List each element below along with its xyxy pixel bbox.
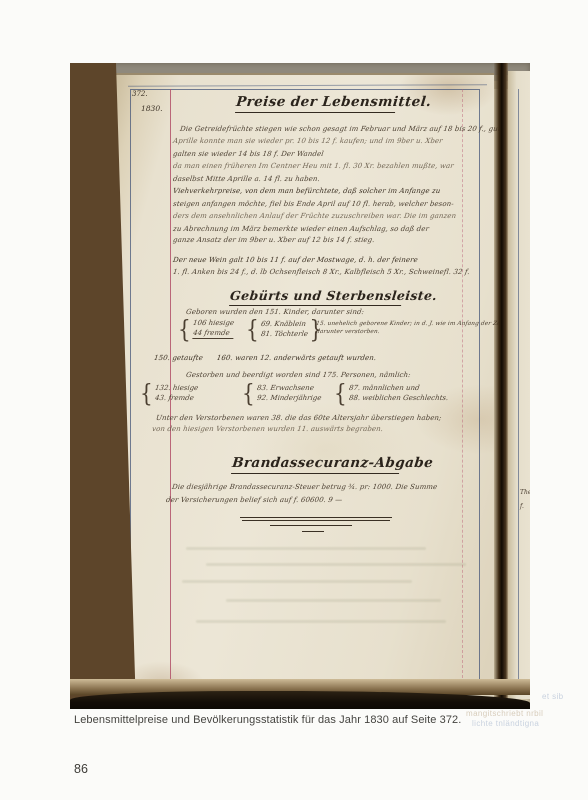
section-heading-vitals: Gebürts und Sterbensleiste. [229,288,403,306]
show-through-text: mangitschriebt nrbil [466,709,543,718]
handwriting-line: daselbst Mitte Aprille a. 14 fl. zu habe… [172,175,320,184]
red-margin-line-right [462,89,463,683]
margin-year: 1830. [141,104,162,113]
page-number: 86 [74,762,88,776]
births-intro-line: Geboren wurden den 151. Kinder, darunter… [185,308,364,317]
deaths-sex-group: { 87. männlichen und 88. weiblichen Gesc… [334,383,448,403]
figure-caption: Lebensmittelpreise und Bevölkerungsstati… [74,714,494,726]
births-note-line: darunter verstorben. [316,329,381,336]
births-residence-group: { 106 hiesige 44 fremde [178,319,234,339]
deaths-residence-group: { 132. hiesige 43. fremde [140,383,198,403]
handwriting-line: Viehverkehrpreise, von dem man befürchte… [172,187,441,196]
deaths-intro-line: Gestorben und beerdigt worden sind 175. … [185,371,411,380]
births-residence-foreign: 44 fremde [192,329,234,339]
deaths-sex-male: 87. männlichen und [348,384,448,393]
deaths-residence-local: 132. hiesige [154,384,198,393]
margin-page-ref: 372. [132,90,148,98]
births-sex-female: 81. Töchterle [260,330,308,339]
handwriting-line: ders dem ansehnlichen Anlauf der Früchte… [172,212,456,221]
facing-page-rule [518,89,519,679]
show-through-text: lichte tnländtigna [472,719,539,728]
births-note-line: 15. unehelich geborene Kinder; in d. J. … [316,321,506,328]
deaths-note-line: Unter den Verstorbenen waren 38. die das… [155,414,442,423]
show-through-text: et sib [542,692,564,701]
handwriting-line: Aprille konnte man sie wieder pr. 10 bis… [172,137,443,146]
brace-glyph: { [140,381,153,405]
section-heading-prices: Preise der Lebensmittel. [235,94,397,113]
deaths-sex-female: 88. weiblichen Geschlechts. [348,394,448,403]
book-gutter-shadow [494,63,508,709]
handwriting-line: da man einen früheren Im Centner Heu mit… [172,162,454,171]
deaths-age-group: { 83. Erwachsene 92. Minderjährige [242,383,321,403]
section-heading-fire-tax: Brandassecuranz-Abgabe [231,455,401,474]
handwriting-line: Der neue Wein galt 10 bis 11 f. auf der … [172,256,418,265]
deaths-age-minors: 92. Minderjährige [256,394,322,403]
ink-show-through [226,599,441,602]
handwriting-line: steigen anfangen möchte, fiel bis Ende A… [172,200,454,209]
ink-show-through [186,547,426,550]
handwriting-line: ganze Ansatz der im 9ber u. Xber auf 12 … [172,236,375,245]
deaths-residence-foreign: 43. fremde [154,394,198,403]
closing-rule [240,517,392,518]
closing-rule [302,531,324,532]
closing-rule [242,520,390,521]
handwriting-line: der Versicherungen belief sich auf f. 60… [165,496,343,505]
handwriting-line: Die Getreidefrüchte stiegen wie schon ge… [179,125,501,134]
handwriting-line: 1. fl. Anken bis 24 f., d. lb Ochsenflei… [172,268,470,277]
ink-show-through [196,620,446,623]
handwriting-line: Die diesjährige Brandassecuranz-Steuer b… [171,483,438,492]
births-sex-group: { 69. Knäblein 81. Töchterle } [246,319,322,339]
brace-glyph: { [242,381,255,405]
births-sex-male: 69. Knäblein [260,320,308,329]
brace-glyph: { [178,317,191,341]
brace-glyph: { [246,317,259,341]
handwriting-line: zu Abrechnung im März bemerkte wieder ei… [172,225,429,234]
births-sum-line: 150. getaufte 160. waren 12. anderwärts … [153,354,376,363]
deaths-note-line: von den hiesigen Verstorbenen wurden 11.… [151,425,383,434]
handwriting-line: galten sie wieder 14 bis 18 f. Der Wande… [172,150,324,159]
book-photo: 372. 1830. Preise der Lebensmittel. Die … [70,63,530,709]
brace-glyph: { [334,381,347,405]
closing-rule [270,525,352,526]
facing-page-mark: Thei [520,489,530,496]
facing-page-sliver: Thei f. [508,71,530,699]
facing-page-mark: f. [520,503,524,510]
ink-show-through [206,563,466,566]
ink-show-through [182,580,412,583]
births-residence-local: 106 hiesige [192,319,234,328]
deaths-age-adults: 83. Erwachsene [256,384,322,393]
manuscript-page: 372. 1830. Preise der Lebensmittel. Die … [116,73,494,701]
